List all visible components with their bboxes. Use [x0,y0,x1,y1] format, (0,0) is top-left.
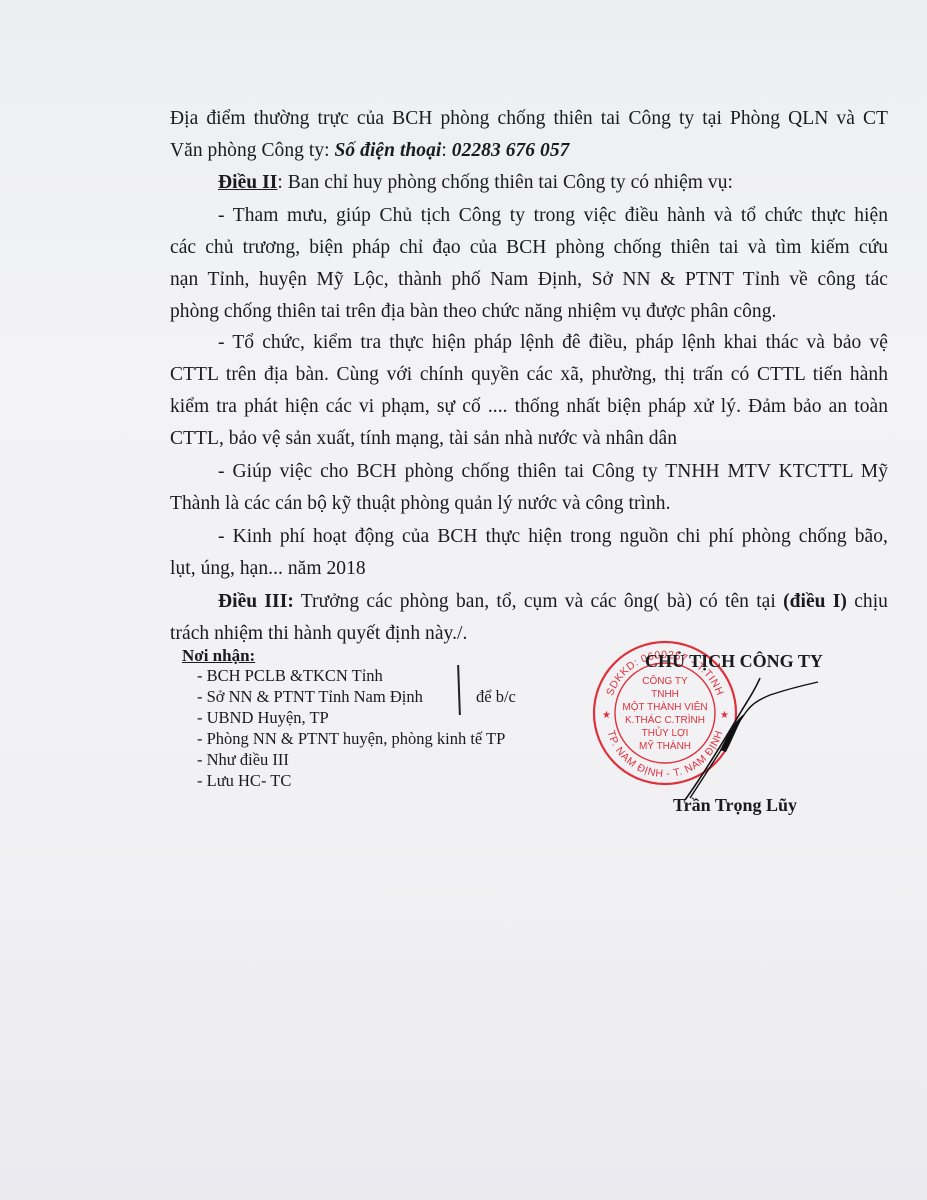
task-4-line: lụt, úng, hạn... năm 2018 [170,558,366,580]
recipients-bracket [457,665,461,715]
recipient-item: - Phòng NN & PTNT huyện, phòng kinh tế T… [197,729,505,749]
phone-label: Số điện thoại [335,140,442,161]
article-3-label: Điều III: [218,591,294,612]
task-1-line: nạn Tỉnh, huyện Mỹ Lộc, thành phố Nam Đị… [170,269,888,291]
recipient-item: - Như điều III [197,750,289,770]
recipient-item: - BCH PCLB &TKCN Tỉnh [197,666,383,686]
task-4-line: - Kinh phí hoạt động của BCH thực hiện t… [218,526,888,548]
article-2-label: Điều II [218,172,277,193]
task-2-line: CTTL trên địa bàn. Cùng với chính quyền … [170,364,888,386]
recipient-item: - UBND Huyện, TP [197,708,329,728]
recipient-item: - Sở NN & PTNT Tỉnh Nam Định [197,687,423,707]
recipient-item: - Lưu HC- TC [197,771,291,791]
report-note: để b/c [476,687,516,707]
article-3-line-1: Điều III: Trưởng các phòng ban, tổ, cụm … [218,591,888,613]
handwritten-signature-icon [680,670,820,805]
document-page: Địa điểm thường trực của BCH phòng chống… [0,0,927,1200]
task-3-line: - Giúp việc cho BCH phòng chống thiên ta… [218,461,888,483]
task-1-line: phòng chống thiên tai trên địa bàn theo … [170,301,776,323]
task-3-line: Thành là các cán bộ kỹ thuật phòng quản … [170,493,671,515]
duty-location-line-1: Địa điểm thường trực của BCH phòng chống… [170,108,888,130]
recipients-heading: Nơi nhận: [182,646,255,666]
svg-text:TNHH: TNHH [651,689,679,700]
duty-location-line-2: Văn phòng Công ty: Số điện thoại: 02283 … [170,140,569,162]
signer-title: CHỦ TỊCH CÔNG TY [645,651,823,672]
article-3-line-2: trách nhiệm thi hành quyết định này./. [170,623,467,645]
task-2-line: kiểm tra phát hiện các vi phạm, sự cố ..… [170,396,888,418]
task-1-line: - Tham mưu, giúp Chủ tịch Công ty trong … [218,205,888,227]
task-1-line: các chủ trương, biện pháp chỉ đạo của BC… [170,237,888,259]
task-2-line: CTTL, bảo vệ sản xuất, tính mạng, tài sả… [170,428,677,450]
svg-text:★: ★ [602,710,611,721]
signer-name: Trần Trọng Lũy [673,795,797,816]
phone-number: 02283 676 057 [452,140,570,161]
article-2-heading: Điều II: Ban chỉ huy phòng chống thiên t… [218,172,733,194]
task-2-line: - Tổ chức, kiểm tra thực hiện pháp lệnh … [218,332,888,354]
